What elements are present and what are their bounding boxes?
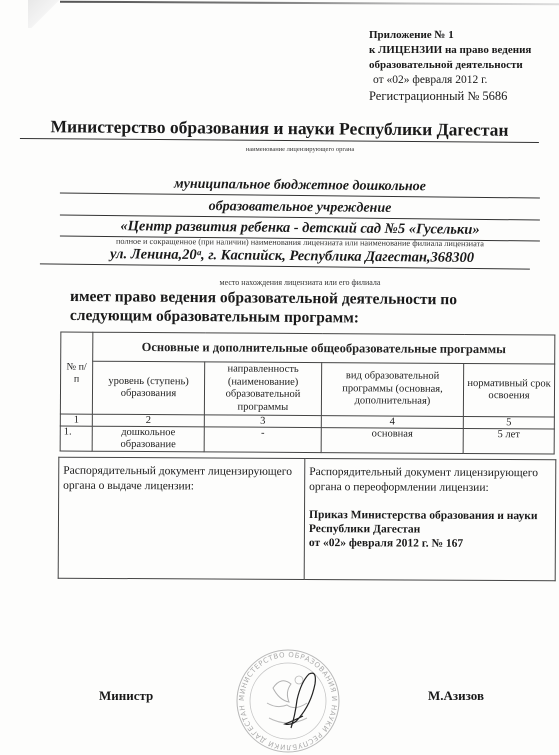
reissue-order-line-2: Республики Дагестан (309, 522, 551, 537)
signatory-title: Министр (99, 688, 153, 704)
column-header-duration: нормативный срок освоения (463, 363, 554, 417)
appendix-activity: образовательной деятельности (369, 58, 559, 73)
index-cell: 3 (204, 415, 321, 428)
scan-edge (0, 0, 559, 12)
licensee-address: ул. Ленина,20ᵃ, г. Каспийск, Республика … (40, 244, 530, 269)
appendix-date: от «02» февраля 2012 г. (369, 73, 559, 88)
row-direction: - (204, 427, 321, 453)
programs-table: № п/п Основные и дополнительные общеобра… (60, 331, 556, 454)
num-header: № п/п (60, 332, 93, 414)
reissue-document-label: Распорядительный документ лицензирующего… (309, 465, 551, 495)
rights-statement: имеет право ведения образовательной деят… (70, 287, 540, 329)
reissue-order-line-1: Приказ Министерства образования и науки (309, 508, 551, 523)
appendix-number: Приложение № 1 (369, 28, 559, 43)
seal-text: МИНИСТЕРСТВО ОБРАЗОВАНИЯ И НАУКИ РЕСПУБЛ… (238, 651, 338, 751)
licensee-address-caption: место нахождения лицензиата или его фили… (170, 278, 430, 287)
licensing-body-name: Министерство образования и науки Республ… (20, 116, 539, 143)
row-duration: 5 лет (463, 428, 554, 454)
issue-document-cell: Распорядительный документ лицензирующего… (58, 457, 305, 579)
group-header: Основные и дополнительные общеобразовате… (93, 332, 555, 364)
svg-text:МИНИСТЕРСТВО ОБРАЗОВАНИЯ И НАУ: МИНИСТЕРСТВО ОБРАЗОВАНИЯ И НАУКИ РЕСПУБЛ… (238, 651, 338, 751)
row-type: основная (321, 428, 463, 454)
index-cell: 5 (463, 416, 554, 429)
signatory-name: М.Азизов (428, 688, 484, 704)
row-number: 1. (60, 426, 92, 451)
column-header-type: вид образовательной программы (основная,… (321, 363, 463, 417)
registration-number: Регистрационный № 5686 (369, 89, 559, 104)
issue-document-label: Распорядительный документ лицензирующего… (63, 464, 300, 494)
official-seal-icon: МИНИСТЕРСТВО ОБРАЗОВАНИЯ И НАУКИ РЕСПУБЛ… (233, 648, 343, 754)
table-row: 1. дошкольное образование - основная 5 л… (60, 426, 554, 454)
reissue-document-cell: Распорядительный документ лицензирующего… (304, 458, 556, 580)
reissue-order-line-3: от «02» февраля 2012 г. № 167 (309, 536, 551, 551)
appendix-license-ref: к ЛИЦЕНЗИИ на право ведения (369, 43, 559, 58)
index-cell: 1 (60, 414, 92, 426)
reissue-order: Приказ Министерства образования и науки … (309, 508, 551, 551)
column-header-direction: направленность (наименование) образовате… (204, 362, 321, 416)
licensee-name-line-1: муниципальное бюджетное дошкольное (60, 173, 540, 198)
index-cell: 2 (92, 414, 204, 427)
column-header-level: уровень (ступень) образования (92, 361, 204, 415)
appendix-header: Приложение № 1 к ЛИЦЕНЗИИ на право веден… (369, 28, 559, 104)
page-corner-fold (28, 0, 62, 28)
licensing-body-caption: наименование лицензирующего органа (200, 146, 400, 153)
scan-border-line (60, 1, 559, 6)
row-level: дошкольное образование (92, 426, 204, 452)
index-cell: 4 (321, 416, 463, 429)
documents-table: Распорядительный документ лицензирующего… (58, 457, 557, 582)
